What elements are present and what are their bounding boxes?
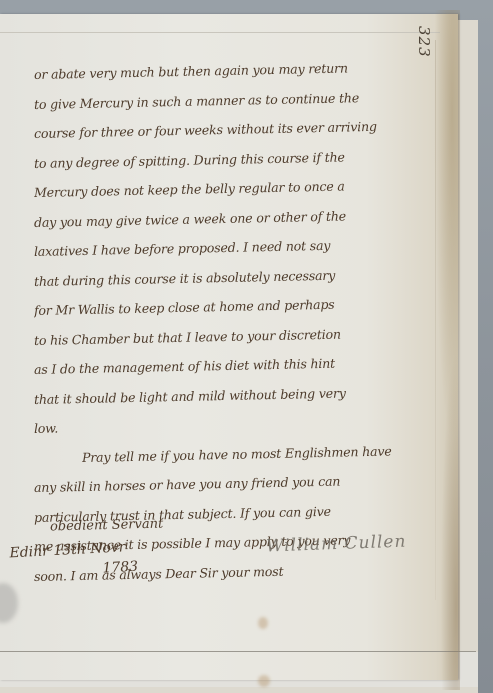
- closing-salutation: obedient Servant: [50, 517, 164, 535]
- letter-body: or abate very much but then again you ma…: [34, 60, 434, 591]
- foxing-spot: [258, 617, 268, 629]
- top-fold-line: [0, 32, 440, 33]
- bottom-fold-line: [0, 651, 476, 652]
- foxing-spot: [258, 675, 270, 687]
- place-date: Edinr 13th Novr 1783: [9, 537, 139, 584]
